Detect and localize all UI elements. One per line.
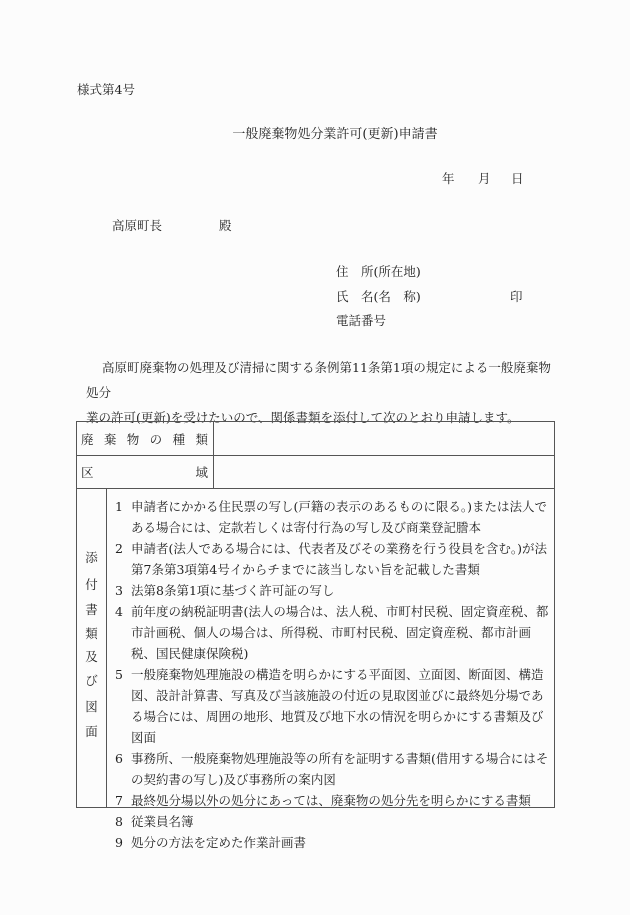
- attachment-item: 7最終処分場以外の処分にあっては、廃棄物の処分先を明らかにする書類: [107, 790, 554, 811]
- item-text: 従業員名簿: [131, 814, 194, 829]
- attachment-item: 8従業員名簿: [107, 811, 554, 832]
- item-text: 申請者にかかる住民票の写し(戸籍の表示のあるものに限る。)または法人である場合に…: [131, 499, 547, 535]
- applicant-phone-label: 電話番号: [336, 315, 386, 328]
- applicant-name-label: 氏 名(名 称): [336, 291, 421, 304]
- attachments-section: 添 付 書 類 及 び 図 面 1申請者にかかる住民票の写し(戸籍の表示のあるも…: [77, 488, 554, 807]
- date-year-label: 年: [442, 173, 455, 186]
- item-text: 処分の方法を定めた作業計画書: [131, 835, 306, 850]
- label-char: 面: [77, 726, 106, 739]
- statement-line-1: 高原町廃棄物の処理及び清掃に関する条例第11条第1項の規定による一般廃棄物処分: [86, 355, 556, 405]
- application-statement: 高原町廃棄物の処理及び清掃に関する条例第11条第1項の規定による一般廃棄物処分 …: [86, 355, 556, 430]
- attachment-item: 9処分の方法を定めた作業計画書: [107, 832, 554, 853]
- item-number: 1: [115, 496, 123, 517]
- waste-type-field[interactable]: [214, 422, 554, 455]
- label-char: 及: [77, 651, 106, 664]
- label-char: 種: [173, 430, 186, 448]
- item-number: 9: [115, 832, 123, 853]
- label-char: 廃: [81, 430, 94, 448]
- label-char: 棄: [104, 430, 117, 448]
- item-number: 3: [115, 580, 123, 601]
- item-text: 前年度の納税証明書(法人の場合は、法人税、市町村民税、固定資産税、都市計画税、個…: [131, 604, 548, 661]
- label-char: 書: [77, 604, 106, 617]
- label-char: 物: [127, 430, 140, 448]
- label-char: 類: [195, 430, 208, 448]
- label-char: 区: [81, 463, 94, 481]
- area-field[interactable]: [214, 455, 554, 488]
- label-char: 図: [77, 701, 106, 714]
- application-table: 廃 棄 物 の 種 類 区 域 添 付 書 類 及 び 図 面 1申請者にかかる…: [76, 421, 555, 808]
- item-text: 最終処分場以外の処分にあっては、廃棄物の処分先を明らかにする書類: [131, 793, 531, 808]
- applicant-address-label: 住 所(所在地): [336, 266, 421, 279]
- item-text: 一般廃棄物処理施設の構造を明らかにする平面図、立面図、断面図、構造図、設計計算書…: [131, 667, 544, 745]
- attachment-item: 1申請者にかかる住民票の写し(戸籍の表示のあるものに限る。)または法人である場合…: [107, 496, 554, 538]
- addressee-honorific: 殿: [219, 220, 232, 233]
- item-number: 6: [115, 748, 123, 769]
- attachments-list: 1申請者にかかる住民票の写し(戸籍の表示のあるものに限る。)または法人である場合…: [107, 496, 554, 853]
- document-title: 一般廃棄物処分業許可(更新)申請書: [0, 128, 630, 141]
- date-day-label: 日: [511, 173, 524, 186]
- attachment-item: 2申請者(法人である場合には、代表者及びその業務を行う役員を含む。)が法第7条第…: [107, 538, 554, 580]
- item-text: 事務所、一般廃棄物処理施設等の所有を証明する書類(借用する場合にはその契約書の写…: [131, 751, 548, 787]
- attachment-item: 4前年度の納税証明書(法人の場合は、法人税、市町村民税、固定資産税、都市計画税、…: [107, 601, 554, 664]
- area-row: 区 域: [77, 455, 554, 489]
- label-char: 類: [77, 628, 106, 641]
- label-char: 付: [77, 579, 106, 592]
- area-label: 区 域: [77, 455, 214, 488]
- item-number: 2: [115, 538, 123, 559]
- item-number: 5: [115, 664, 123, 685]
- item-number: 4: [115, 601, 123, 622]
- attachments-label: 添 付 書 類 及 び 図 面: [77, 488, 107, 807]
- seal-label: 印: [510, 291, 523, 304]
- label-char: 域: [195, 463, 208, 481]
- form-number: 様式第4号: [77, 84, 135, 97]
- waste-type-row: 廃 棄 物 の 種 類: [77, 422, 554, 456]
- label-char: 添: [77, 552, 106, 565]
- addressee-name: 高原町長: [112, 220, 162, 233]
- item-text: 申請者(法人である場合には、代表者及びその業務を行う役員を含む。)が法第7条第3…: [131, 541, 547, 577]
- item-number: 8: [115, 811, 123, 832]
- attachment-item: 3法第8条第1項に基づく許可証の写し: [107, 580, 554, 601]
- attachment-item: 5一般廃棄物処理施設の構造を明らかにする平面図、立面図、断面図、構造図、設計計算…: [107, 664, 554, 748]
- item-number: 7: [115, 790, 123, 811]
- waste-type-label: 廃 棄 物 の 種 類: [77, 422, 214, 455]
- label-char: び: [77, 675, 106, 688]
- item-text: 法第8条第1項に基づく許可証の写し: [131, 583, 334, 598]
- date-month-label: 月: [478, 173, 491, 186]
- label-char: の: [150, 430, 163, 448]
- attachment-item: 6事務所、一般廃棄物処理施設等の所有を証明する書類(借用する場合にはその契約書の…: [107, 748, 554, 790]
